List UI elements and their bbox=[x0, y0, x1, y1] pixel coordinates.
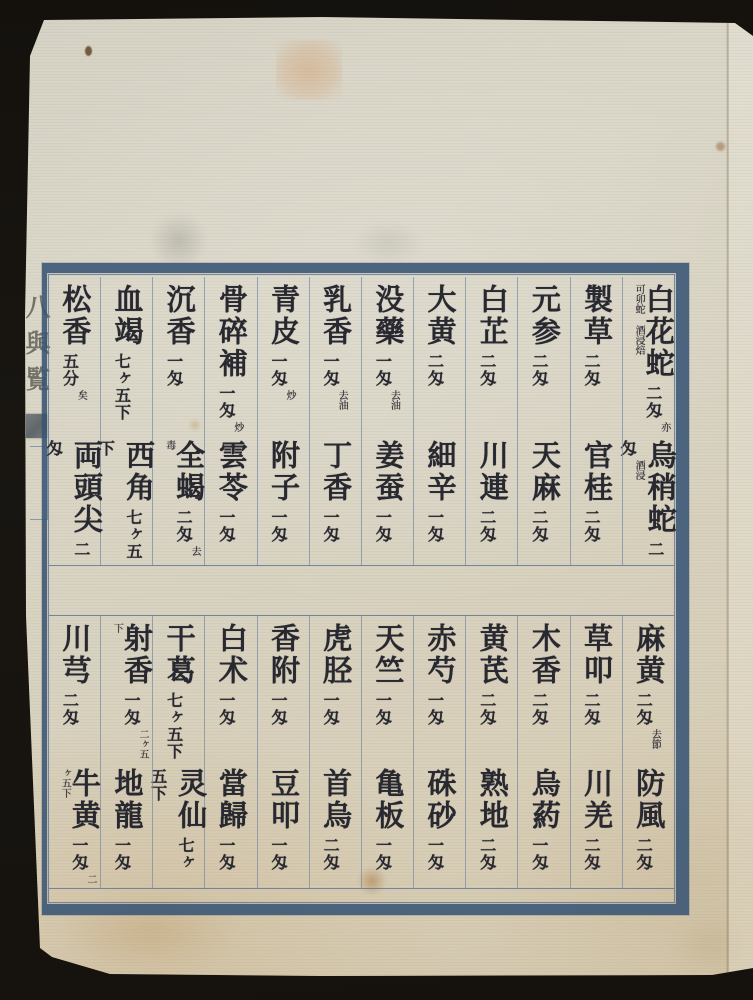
herb-item: 白芷二匁 bbox=[477, 284, 507, 440]
herb-quantity: 一匁 bbox=[426, 509, 445, 543]
herb-quantity: 二匁 bbox=[530, 353, 549, 387]
herb-quantity: 一匁 bbox=[426, 692, 445, 726]
herb-name: 烏稍蛇 bbox=[644, 440, 678, 536]
herb-item: 草叩二匁 bbox=[581, 623, 611, 768]
herb-name: 亀板 bbox=[371, 768, 405, 832]
herb-name: 丁香 bbox=[319, 440, 353, 504]
herb-name: 血竭 bbox=[110, 284, 144, 348]
herb-column: 香附一匁豆叩一匁 bbox=[258, 616, 310, 888]
herb-name: 烏葯 bbox=[528, 768, 562, 832]
herb-quantity: 二匁 bbox=[582, 837, 601, 871]
herb-column: 血竭七ヶ五下西角七ヶ五下 bbox=[101, 277, 153, 565]
herb-column: 松香五分矣両頭尖二匁 bbox=[49, 277, 101, 565]
herb-column: 木香二匁烏葯一匁 bbox=[518, 616, 570, 888]
herb-item: 西角七ヶ五下 bbox=[100, 440, 153, 565]
herb-quantity: 二匁 bbox=[582, 353, 601, 387]
herb-name: 官桂 bbox=[580, 440, 614, 504]
herb-item: 白花蛇二匁亦可卯蛇 酒浸焙 bbox=[624, 284, 673, 440]
herb-name: 干葛 bbox=[163, 623, 197, 687]
herb-item: 木香二匁 bbox=[529, 623, 559, 768]
paper-speck bbox=[85, 46, 92, 56]
paper-speck bbox=[716, 142, 725, 151]
manuscript-page: { "colors":{ "background":"#17140f", "pa… bbox=[0, 0, 753, 1000]
herb-item: 硃砂一匁 bbox=[425, 768, 455, 888]
herb-quantity: 一匁 bbox=[269, 837, 288, 871]
herb-quantity: 二匁 bbox=[426, 353, 445, 387]
herb-quantity: 二匁 bbox=[582, 509, 601, 543]
herb-item: 灵仙七ヶ五下 bbox=[153, 768, 206, 888]
herb-quantity: 一匁 bbox=[373, 692, 392, 726]
frame-border: 白花蛇二匁亦可卯蛇 酒浸焙烏稍蛇二匁酒浸製草二匁官桂二匁元参二匁天麻二匁白芷二匁… bbox=[42, 263, 689, 915]
herb-column: 元参二匁天麻二匁 bbox=[518, 277, 570, 565]
herb-quantity: 一匁 bbox=[373, 837, 392, 871]
herb-item: 雲苓一匁 bbox=[216, 440, 246, 565]
herb-column: 乳香一匁去油丁香一匁 bbox=[310, 277, 362, 565]
herb-quantity: 二匁 bbox=[582, 692, 601, 726]
herb-item: 川連二匁 bbox=[477, 440, 507, 565]
herb-name: 天竺 bbox=[371, 623, 405, 687]
herb-name: 元参 bbox=[528, 284, 562, 348]
bleedthrough-mark bbox=[150, 212, 208, 270]
herb-name: 附子 bbox=[267, 440, 301, 504]
herb-quantity: 五分 bbox=[60, 353, 79, 387]
herb-name: 松香 bbox=[58, 284, 92, 348]
herb-name: 大黄 bbox=[424, 284, 458, 348]
herb-name: 赤芍 bbox=[424, 623, 458, 687]
herb-item: 姜蚕一匁 bbox=[373, 440, 403, 565]
herb-column: 黄芪二匁熟地二匁 bbox=[466, 616, 518, 888]
herb-item: 亀板一匁 bbox=[373, 768, 403, 888]
herb-item: 川芎二匁 bbox=[60, 623, 90, 768]
page-edge-strip bbox=[729, 16, 753, 978]
herb-quantity: 一匁 bbox=[269, 692, 288, 726]
bleedthrough-mark bbox=[352, 222, 424, 264]
herb-quantity: 一匁 bbox=[530, 837, 549, 871]
herb-item: 附子一匁 bbox=[268, 440, 298, 565]
herb-name: 白芷 bbox=[476, 284, 510, 348]
prescription-grid: 白花蛇二匁亦可卯蛇 酒浸焙烏稍蛇二匁酒浸製草二匁官桂二匁元参二匁天麻二匁白芷二匁… bbox=[48, 274, 675, 903]
herb-item: 虎胫一匁 bbox=[321, 623, 351, 768]
herb-quantity: 二匁 bbox=[478, 509, 497, 543]
herb-name: 麻黄 bbox=[632, 623, 666, 687]
herb-quantity: 一匁 bbox=[269, 353, 288, 387]
herb-item: 麻黄二匁去節 bbox=[634, 623, 664, 768]
herb-quantity: 七ヶ五下 bbox=[165, 692, 184, 760]
herb-quantity: 二匁 bbox=[530, 692, 549, 726]
herb-item: 全蝎二匁去毒 bbox=[155, 440, 204, 565]
herb-column: 干葛七ヶ五下灵仙七ヶ五下 bbox=[153, 616, 205, 888]
herb-name: 當歸 bbox=[215, 768, 249, 832]
herb-name: 天麻 bbox=[528, 440, 562, 504]
herb-column: 青皮一匁炒附子一匁 bbox=[258, 277, 310, 565]
herb-item: 元参二匁 bbox=[529, 284, 559, 440]
herb-quantity: 二匁 bbox=[634, 692, 653, 726]
herb-name: 白花蛇 bbox=[642, 284, 676, 380]
herb-quantity: 二匁 bbox=[174, 509, 193, 543]
herb-note: 炒 bbox=[232, 422, 243, 432]
herb-quantity: 二匁 bbox=[634, 837, 653, 871]
herb-quantity: 一匁 bbox=[70, 837, 89, 871]
herb-quantity: 二匁 bbox=[478, 353, 497, 387]
herb-name: 虎胫 bbox=[319, 623, 353, 687]
herb-name: 地龍 bbox=[110, 768, 144, 832]
herb-note: 去油 bbox=[336, 390, 347, 410]
herb-quantity: 二匁 bbox=[478, 837, 497, 871]
herb-item: 川羌二匁 bbox=[581, 768, 611, 888]
herb-quantity: 一匁 bbox=[373, 509, 392, 543]
herb-name: 射香 bbox=[120, 623, 154, 687]
herb-column: 麻黄二匁去節防風二匁 bbox=[623, 616, 674, 888]
herb-item: 首烏二匁 bbox=[321, 768, 351, 888]
herb-item: 青皮一匁炒 bbox=[268, 284, 298, 440]
herb-column: 白芷二匁川連二匁 bbox=[466, 277, 518, 565]
herb-column: 骨碎補一匁炒雲苓一匁 bbox=[205, 277, 257, 565]
herb-item: 赤芍一匁 bbox=[425, 623, 455, 768]
herb-column: 没藥一匁去油姜蚕一匁 bbox=[362, 277, 414, 565]
herb-name: 全蝎 bbox=[172, 440, 206, 504]
herb-name: 香附 bbox=[267, 623, 301, 687]
herb-item: 細辛一匁 bbox=[425, 440, 455, 565]
herb-quantity: 二匁 bbox=[644, 385, 663, 419]
herb-name: 防風 bbox=[632, 768, 666, 832]
herb-note: 矣 bbox=[75, 390, 86, 400]
herb-item: 丁香一匁 bbox=[321, 440, 351, 565]
herb-name: 首烏 bbox=[319, 768, 353, 832]
herb-item: 官桂二匁 bbox=[581, 440, 611, 565]
herb-item: 牛黄一匁二ヶ五下 bbox=[50, 768, 99, 888]
herb-item: 乳香一匁去油 bbox=[321, 284, 351, 440]
herb-name: 草叩 bbox=[580, 623, 614, 687]
herb-item: 射香一匁二ヶ五下 bbox=[102, 623, 151, 768]
herb-quantity: 一匁 bbox=[165, 353, 184, 387]
herb-column: 虎胫一匁首烏二匁 bbox=[310, 616, 362, 888]
herb-column: 大黄二匁細辛一匁 bbox=[414, 277, 466, 565]
herb-column: 製草二匁官桂二匁 bbox=[571, 277, 623, 565]
herb-quantity: 二匁 bbox=[321, 837, 340, 871]
grid-row-2: 麻黄二匁去節防風二匁草叩二匁川羌二匁木香二匁烏葯一匁黄芪二匁熟地二匁赤芍一匁硃砂… bbox=[49, 615, 674, 889]
herb-quantity: 二匁 bbox=[530, 509, 549, 543]
herb-item: 天竺一匁 bbox=[373, 623, 403, 768]
herb-quantity: 一匁 bbox=[269, 509, 288, 543]
herb-quantity: 一匁 bbox=[217, 837, 236, 871]
herb-column: 白花蛇二匁亦可卯蛇 酒浸焙烏稍蛇二匁酒浸 bbox=[623, 277, 674, 565]
herb-note: 去油 bbox=[388, 390, 399, 410]
herb-item: 天麻二匁 bbox=[529, 440, 559, 565]
herb-item: 干葛七ヶ五下 bbox=[164, 623, 194, 768]
herb-item: 没藥一匁去油 bbox=[373, 284, 403, 440]
herb-name: 沉香 bbox=[163, 284, 197, 348]
herb-note: 去節 bbox=[649, 729, 660, 749]
herb-column: 射香一匁二ヶ五下地龍一匁 bbox=[101, 616, 153, 888]
herb-column: 沉香一匁全蝎二匁去毒 bbox=[153, 277, 205, 565]
herb-name: 西角 bbox=[122, 440, 156, 504]
herb-item: 烏稍蛇二匁酒浸 bbox=[622, 440, 675, 565]
herb-quantity: 一匁 bbox=[217, 692, 236, 726]
herb-name: 白术 bbox=[215, 623, 249, 687]
herb-item: 防風二匁 bbox=[634, 768, 664, 888]
herb-quantity: 一匁 bbox=[373, 353, 392, 387]
herb-item: 白术一匁 bbox=[216, 623, 246, 768]
herb-name: 両頭尖 bbox=[70, 440, 104, 536]
herb-name: 青皮 bbox=[267, 284, 301, 348]
herb-column: 白术一匁當歸一匁 bbox=[205, 616, 257, 888]
herb-item: 當歸一匁 bbox=[216, 768, 246, 888]
herb-name: 製草 bbox=[580, 284, 614, 348]
herb-name: 灵仙 bbox=[174, 768, 208, 832]
herb-quantity: 一匁 bbox=[122, 692, 141, 726]
herb-item: 製草二匁 bbox=[581, 284, 611, 440]
herb-item: 豆叩一匁 bbox=[268, 768, 298, 888]
herb-name: 硃砂 bbox=[424, 768, 458, 832]
herb-item: 松香五分矣 bbox=[60, 284, 90, 440]
herb-name: 豆叩 bbox=[267, 768, 301, 832]
herb-quantity: 一匁 bbox=[321, 692, 340, 726]
herb-item: 烏葯一匁 bbox=[529, 768, 559, 888]
herb-column: 草叩二匁川羌二匁 bbox=[571, 616, 623, 888]
herb-item: 地龍一匁 bbox=[112, 768, 142, 888]
herb-name: 川羌 bbox=[580, 768, 614, 832]
herb-name: 牛黄 bbox=[68, 768, 102, 832]
herb-name: 姜蚕 bbox=[371, 440, 405, 504]
herb-item: 骨碎補一匁炒 bbox=[216, 284, 246, 440]
herb-column: 赤芍一匁硃砂一匁 bbox=[414, 616, 466, 888]
herb-note: 酒浸 bbox=[633, 460, 644, 480]
herb-name: 雲苓 bbox=[215, 440, 249, 504]
herb-quantity: 一匁 bbox=[217, 385, 236, 419]
herb-item: 熟地二匁 bbox=[477, 768, 507, 888]
herb-item: 黄芪二匁 bbox=[477, 623, 507, 768]
herb-quantity: 一匁 bbox=[112, 837, 131, 871]
herb-name: 黄芪 bbox=[476, 623, 510, 687]
herb-name: 乳香 bbox=[319, 284, 353, 348]
herb-quantity: 一匁 bbox=[321, 509, 340, 543]
herb-item: 香附一匁 bbox=[268, 623, 298, 768]
herb-name: 没藥 bbox=[371, 284, 405, 348]
herb-name: 細辛 bbox=[424, 440, 458, 504]
herb-name: 川芎 bbox=[58, 623, 92, 687]
herb-quantity: 二匁 bbox=[60, 692, 79, 726]
herb-note: 炒 bbox=[284, 390, 295, 400]
herb-name: 熟地 bbox=[476, 768, 510, 832]
herb-quantity: 一匁 bbox=[321, 353, 340, 387]
grid-row-1: 白花蛇二匁亦可卯蛇 酒浸焙烏稍蛇二匁酒浸製草二匁官桂二匁元参二匁天麻二匁白芷二匁… bbox=[49, 277, 674, 566]
herb-name: 木香 bbox=[528, 623, 562, 687]
herb-column: 天竺一匁亀板一匁 bbox=[362, 616, 414, 888]
herb-column: 川芎二匁牛黄一匁二ヶ五下 bbox=[49, 616, 101, 888]
herb-name: 川連 bbox=[476, 440, 510, 504]
herb-quantity: 一匁 bbox=[426, 837, 445, 871]
herb-item: 血竭七ヶ五下 bbox=[112, 284, 142, 440]
seal-stamp bbox=[276, 40, 342, 100]
herb-item: 両頭尖二匁 bbox=[48, 440, 101, 565]
herb-quantity: 二匁 bbox=[478, 692, 497, 726]
herb-name: 骨碎補 bbox=[215, 284, 249, 380]
herb-quantity: 一匁 bbox=[217, 509, 236, 543]
herb-item: 沉香一匁 bbox=[164, 284, 194, 440]
herb-quantity: 七ヶ五下 bbox=[112, 353, 131, 421]
herb-item: 大黄二匁 bbox=[425, 284, 455, 440]
